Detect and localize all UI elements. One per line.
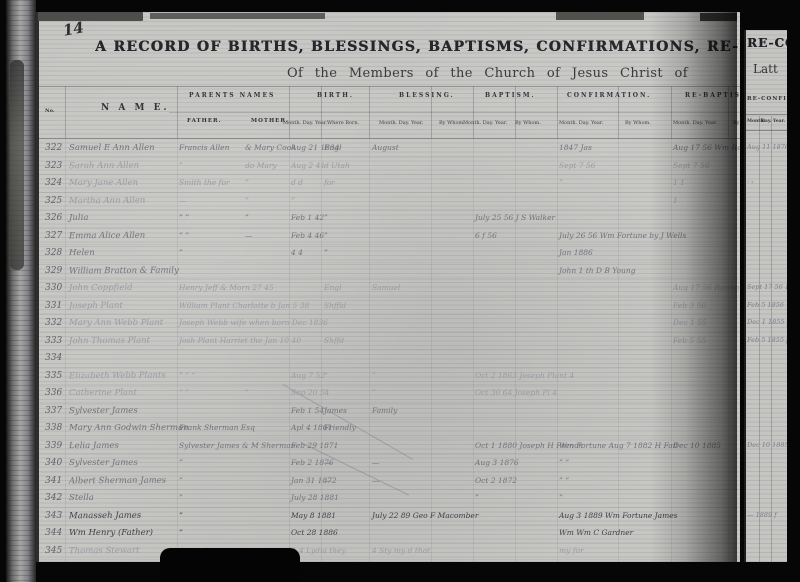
row-confirmation: ” ” <box>559 476 569 485</box>
row-number: 337 <box>45 406 62 416</box>
row-birth-date: Feb 29 1871 <box>291 441 338 450</box>
row-number: 330 <box>45 283 62 293</box>
row-father: ” <box>179 511 183 520</box>
row-birth-date: July 28 1881 <box>291 493 339 502</box>
record-row: 339 Lelia James Sylvester James & M Sher… <box>39 438 740 456</box>
row-name: Thomas Stewart <box>69 545 140 555</box>
row-name: Sylvester James <box>69 458 138 468</box>
row-father: ” <box>179 458 183 467</box>
column-line-header <box>289 86 290 138</box>
column-header-confirmation-mdy: Month. Day. Year. <box>559 120 603 126</box>
row-father: ” ” <box>179 213 189 222</box>
row-name: Lelia James <box>69 440 119 450</box>
row-number: 340 <box>45 458 62 468</box>
row-number: 342 <box>45 493 62 503</box>
column-header-blessing: BLESSING. <box>399 92 455 99</box>
record-row: 344 Wm Henry (Father) ” Oct 28 1886 Wm W… <box>39 525 740 543</box>
column-header-birth-mdy: Month. Day. Year. <box>283 120 327 126</box>
row-baptism: 6 f 56 <box>475 231 497 240</box>
strip-handwritten-date: Feb 5 1855 f <box>747 336 787 344</box>
column-line-header <box>177 86 178 138</box>
column-header-rebaptism-by: By <box>733 120 740 126</box>
row-confirmation: John 1 th D B Young <box>559 266 636 275</box>
row-birth-date: Feb 1 54 <box>291 406 324 415</box>
row-rebaptism: Dec 10 1885 <box>673 441 721 450</box>
row-confirmation: Sept 7 56 <box>559 161 595 170</box>
scanner-notch <box>160 548 300 582</box>
row-number: 325 <box>45 196 62 206</box>
scan-smudge <box>38 12 143 21</box>
column-header-baptism-by-whom: By Whom. <box>515 120 541 126</box>
row-number: 329 <box>45 266 62 276</box>
next-page-subtitle-fragment: Latt <box>753 62 778 76</box>
row-blessing: ” <box>372 388 376 397</box>
row-number: 335 <box>45 371 62 381</box>
record-row: 325 Martha Ann Allen — ” ” 1 <box>39 193 740 211</box>
scanned-ledger-page: 14 A RECORD OF BIRTHS, BLESSINGS, BAPTIS… <box>0 0 800 582</box>
row-birth-date: Aug 2 41 <box>291 161 325 170</box>
record-row: 324 Mary Jane Allen Smith the for ” d d … <box>39 175 740 193</box>
strip-header-day: Day. <box>761 119 771 124</box>
column-header-confirmation-by-whom: By Whom. <box>625 120 651 126</box>
strip-handwritten-date: Aug 11 1876 R <box>747 143 787 151</box>
row-where-born: ” <box>324 213 328 222</box>
scan-smudge <box>150 13 325 19</box>
record-row: 340 Sylvester James ” Feb 2 1876 — — Aug… <box>39 455 740 473</box>
row-blessing: — <box>372 458 380 467</box>
row-birth-date: d d <box>291 178 303 187</box>
record-row: 323 Sarah Ann Allen ” do Mary Aug 2 41 d… <box>39 158 740 176</box>
record-row: 330 John Coppfield Henry Jeff & Morn 27 … <box>39 280 740 298</box>
row-mother: ” <box>245 388 249 397</box>
column-header-parents: PARENTS NAMES <box>189 92 275 99</box>
row-name: John Coppfield <box>69 283 133 293</box>
row-blessing: Samuel <box>372 283 400 292</box>
record-row: 329 William Bratton & Family John 1 th D… <box>39 263 740 281</box>
row-blessing: Family <box>372 406 397 415</box>
record-row: 326 Julia ” ” ” Feb 1 42 ” July 25 56 J … <box>39 210 740 228</box>
column-header-rebaptism-mdy: Month. Day. Year. <box>673 120 717 126</box>
column-line-header <box>557 86 558 138</box>
row-mother: & Mary Cook <box>245 143 296 152</box>
row-number: 343 <box>45 511 62 521</box>
row-name: Mary Jane Allen <box>69 178 138 188</box>
row-name: Catherine Plant <box>69 388 137 398</box>
strip-handwritten-date: — 1889 f <box>747 511 777 519</box>
row-birth-date: May 8 1881 <box>291 511 336 520</box>
row-confirmation: ” ” <box>559 458 569 467</box>
handwritten-page-number: 14 <box>62 18 86 39</box>
scan-smudge <box>556 12 644 20</box>
strip-handwritten-date: Feb 5 1856 <box>747 301 784 309</box>
row-birth-date: Aug 7 52 <box>291 371 325 380</box>
row-number: 333 <box>45 336 62 346</box>
row-blessing: July 22 89 Geo F Macomber <box>372 511 478 520</box>
row-name: Stella <box>69 493 94 503</box>
row-father: Smith the for <box>179 178 229 187</box>
row-where-born: Friendly <box>324 423 356 432</box>
record-row: 331 Joseph Plant William Plant Charlotte… <box>39 298 740 316</box>
row-father: ” <box>179 476 183 485</box>
row-where-born: ” <box>324 388 328 397</box>
row-confirmation: my for <box>559 546 584 555</box>
record-row: 333 John Thomas Plant Josh Plant Harriet… <box>39 333 740 351</box>
row-birth-date: 4 4 <box>291 248 303 257</box>
column-header-baptism-mdy: Month. Day. Year. <box>463 120 507 126</box>
record-row: 337 Sylvester James Feb 1 54 James Famil… <box>39 403 740 421</box>
record-row: 336 Catherine Plant ” ” ” Sep 20 54 ” ” … <box>39 385 740 403</box>
row-name: Wm Henry (Father) <box>69 528 153 538</box>
strip-handwritten-date: · ‹ <box>747 178 754 186</box>
row-mother: — <box>245 231 253 240</box>
row-number: 338 <box>45 423 62 433</box>
row-where-born: for <box>324 178 335 187</box>
row-confirmation: ” <box>559 178 563 187</box>
row-number: 332 <box>45 318 62 328</box>
record-row: 345 Thomas Stewart Sarah James and its m… <box>39 543 740 561</box>
row-father: William Plant Charlotte b Jan 5 38 <box>179 301 309 310</box>
row-baptism: Oct 2 1863 Joseph Plant 4 <box>475 371 574 380</box>
row-number: 339 <box>45 441 62 451</box>
row-father: Josh Plant Harriet the Jan 10 40 <box>179 336 301 345</box>
record-row: 332 Mary Ann Webb Plant Joseph Webb wife… <box>39 315 740 333</box>
column-line-header <box>473 86 474 138</box>
record-row: 338 Mary Ann Godwin Sherman Frank Sherma… <box>39 420 740 438</box>
column-header-father: FATHER. <box>187 118 222 124</box>
row-father: ” ” ” <box>179 371 195 380</box>
column-header-name: N A M E. <box>101 103 170 113</box>
row-number: 326 <box>45 213 62 223</box>
row-blessing: 4 Sty my d that <box>372 546 430 555</box>
row-blessing: — <box>372 476 380 485</box>
row-mother: do Mary <box>245 161 277 170</box>
next-page-edge: RE-CO Latt RE-CONFIR Month. Day. Year. A… <box>744 30 787 562</box>
row-father: Joseph Webb wife when born Dec 1836 <box>179 318 328 327</box>
next-page-title-fragment: RE-CO <box>747 36 787 50</box>
row-number: 344 <box>45 528 62 538</box>
row-father: Francis Allen <box>179 143 229 152</box>
row-rebaptism: Sept 7 56 <box>673 161 709 170</box>
strip-handwritten-date: Sept 17 56 1 <box>747 283 787 291</box>
column-line-header <box>369 86 370 138</box>
header-rule-top <box>39 86 740 87</box>
record-row: 334 <box>39 350 740 368</box>
row-name: William Bratton & Family <box>69 265 179 276</box>
row-baptism: ” <box>475 493 479 502</box>
row-name: Albert Sherman James <box>69 475 166 486</box>
column-header-confirmation: CONFIRMATION. <box>567 92 651 99</box>
row-where-born: ” <box>324 248 328 257</box>
row-mother: ” <box>245 213 249 222</box>
row-where-born: Engl <box>324 143 342 152</box>
row-rebaptism: Aug 17 56 Rawson <box>673 283 740 292</box>
scan-smudge <box>700 13 737 21</box>
row-name: Elizabeth Webb Plants <box>69 370 166 381</box>
row-confirmation: 1847 Jas <box>559 143 592 152</box>
strip-handwritten-date: Dec 1 1855 f <box>747 318 787 326</box>
column-header-no: No. <box>45 108 55 114</box>
row-where-born: Shffd <box>324 336 344 345</box>
row-father: ” ” <box>179 231 189 240</box>
strip-rule <box>746 114 787 115</box>
row-name: Joseph Plant <box>69 300 123 310</box>
row-baptism: July 25 56 J S Walker <box>475 213 555 222</box>
row-father: ” <box>179 493 183 502</box>
record-row: 322 Samuel E Ann Allen Francis Allen & M… <box>39 140 740 158</box>
row-confirmation: Jan 1886 <box>559 248 593 257</box>
previous-page-edge <box>6 0 36 582</box>
column-line-header <box>65 86 66 138</box>
row-number: 322 <box>45 143 62 153</box>
row-name: Helen <box>69 248 95 258</box>
row-rebaptism: 1 <box>673 196 678 205</box>
row-birth-date: Feb 1 42 <box>291 213 324 222</box>
row-father: ” <box>179 248 183 257</box>
row-baptism: Aug 3 1876 <box>475 458 519 467</box>
row-confirmation: July 26 56 Wm Fortune by J Wells <box>559 231 686 240</box>
column-header-blessing-by-whom: By Whom. <box>439 120 465 126</box>
row-baptism: Oct 2 1872 <box>475 476 517 485</box>
row-confirmation: Aug 3 1889 Wm Fortune James <box>559 511 678 520</box>
row-confirmation: Wm Fortune Aug 7 1882 H Fail <box>559 441 678 450</box>
row-blessing: ” <box>372 371 376 380</box>
row-name: Sylvester James <box>69 405 138 415</box>
column-header-where-born: Where Born. <box>327 120 359 126</box>
next-page-column-fragment: RE-CONFIR <box>747 96 787 102</box>
column-header-blessing-mdy: Month. Day. Year. <box>379 120 423 126</box>
row-father: Sylvester James & M Sherman <box>179 441 296 450</box>
row-where-born: — <box>324 458 332 467</box>
row-name: John Thomas Plant <box>69 335 150 346</box>
row-where-born: ” <box>324 371 328 380</box>
row-father: — <box>179 196 187 205</box>
row-rebaptism: Feb 5 55 <box>673 336 706 345</box>
row-father: Henry Jeff & Morn 27 45 <box>179 283 274 292</box>
header-rule-mid <box>169 112 740 113</box>
ledger-page: 14 A RECORD OF BIRTHS, BLESSINGS, BAPTIS… <box>36 12 740 562</box>
row-rebaptism: 1 1 <box>673 178 685 187</box>
row-name: Sarah Ann Allen <box>69 160 139 170</box>
row-name: Mary Ann Webb Plant <box>69 318 163 328</box>
row-number: 323 <box>45 161 62 171</box>
column-header-birth: BIRTH. <box>317 92 354 99</box>
column-header-rebaptism: RE-BAPTISM <box>685 92 740 99</box>
row-birth-date: Oct 28 1886 <box>291 528 338 537</box>
strip-header-year: Year. <box>773 119 785 124</box>
row-where-born: — <box>324 476 332 485</box>
row-where-born: James <box>324 406 347 415</box>
row-where-born: Engl <box>324 283 342 292</box>
row-baptism: Oct 30 64 Joseph Pl 4 <box>475 388 557 397</box>
row-father: ” <box>179 528 183 537</box>
row-father: Frank Sherman Esq <box>179 423 255 432</box>
row-name: Manasseh James <box>69 510 141 521</box>
record-subtitle: Of the Members of the Church of Jesus Ch… <box>287 66 688 81</box>
row-father: ” <box>179 161 183 170</box>
row-confirmation: Wm Wm C Gardner <box>559 528 633 537</box>
record-row: 342 Stella ” July 28 1881 ” ” <box>39 490 740 508</box>
record-row: 335 Elizabeth Webb Plants ” ” ” Aug 7 52… <box>39 368 740 386</box>
row-number: 331 <box>45 301 62 311</box>
row-rebaptism: Feb 3 56 <box>673 301 706 310</box>
row-mother: ” <box>245 196 249 205</box>
row-where-born: ” <box>324 231 328 240</box>
record-title: A RECORD OF BIRTHS, BLESSINGS, BAPTISMS,… <box>95 39 740 55</box>
row-number: 334 <box>45 353 62 363</box>
record-rows: 322 Samuel E Ann Allen Francis Allen & M… <box>39 140 740 560</box>
row-birth-date: ” <box>291 196 295 205</box>
strip-rule <box>746 130 787 131</box>
row-where-born: Shffld <box>324 301 346 310</box>
record-row: 327 Emma Alice Allen ” ” — Feb 4 46 ” 6 … <box>39 228 740 246</box>
row-birth-date: Feb 4 46 <box>291 231 324 240</box>
row-name: Emma Alice Allen <box>69 230 145 241</box>
strip-handwritten-date: Dec 10 1885 f <box>747 441 787 449</box>
row-mother: ” <box>245 178 249 187</box>
row-name: Mary Ann Godwin Sherman <box>69 423 189 433</box>
row-name: Martha Ann Allen <box>69 195 145 206</box>
row-name: Julia <box>69 213 88 223</box>
header-rule-bottom <box>39 138 740 139</box>
record-row: 343 Manasseh James ” May 8 1881 July 22 … <box>39 508 740 526</box>
row-number: 341 <box>45 476 62 486</box>
row-number: 328 <box>45 248 62 258</box>
row-confirmation: ” <box>559 493 563 502</box>
row-number: 336 <box>45 388 62 398</box>
row-rebaptism: Aug 17 56 Wm Raws <box>673 143 740 152</box>
row-blessing: August <box>372 143 399 152</box>
row-rebaptism: Dec 1 55 <box>673 318 707 327</box>
record-row: 328 Helen ” 4 4 ” Jan 1886 <box>39 245 740 263</box>
row-number: 345 <box>45 546 62 556</box>
row-where-born: d Utah <box>324 161 350 170</box>
column-line-header <box>671 86 672 138</box>
row-name: Samuel E Ann Allen <box>69 143 155 153</box>
column-header-baptism: BAPTISM. <box>485 92 536 99</box>
row-father: ” ” <box>179 388 189 397</box>
record-row: 341 Albert Sherman James ” Jan 31 1872 —… <box>39 473 740 491</box>
row-number: 327 <box>45 231 62 241</box>
row-number: 324 <box>45 178 62 188</box>
